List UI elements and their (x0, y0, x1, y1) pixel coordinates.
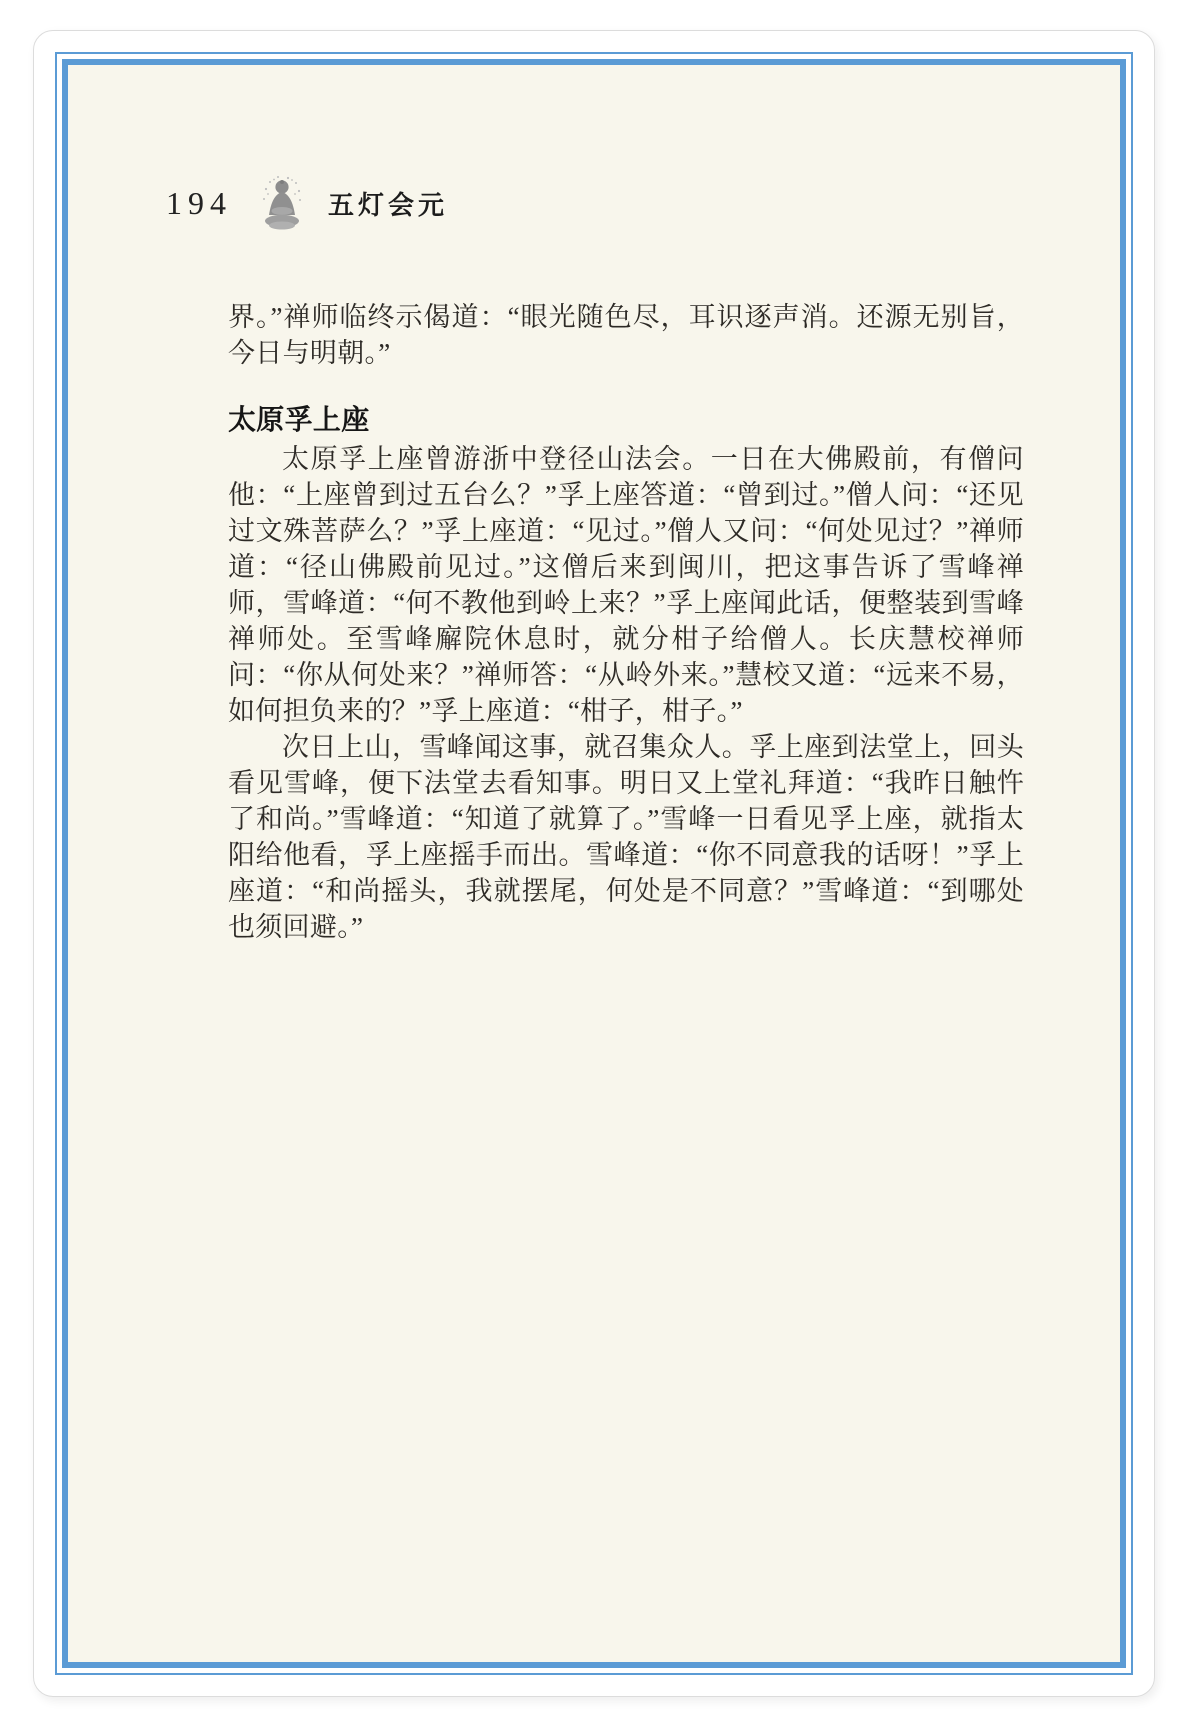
book-title: 五灯会元 (328, 185, 448, 222)
page-number: 194 (166, 185, 232, 222)
inner-blue-frame: 194 (62, 59, 1126, 1668)
text-content: 界。”禅师临终示偈道：“眼光随色尽，耳识逐声消。还源无别旨，今日与明朝。” 太原… (228, 299, 1024, 945)
page-card: 194 (33, 30, 1155, 1697)
paragraph-2: 次日上山，雪峰闻这事，就召集众人。孚上座到法堂上，回头看见雪峰，便下法堂去看知事… (228, 729, 1024, 945)
page-body: 194 (68, 65, 1120, 1662)
page-header: 194 (166, 173, 448, 233)
outer-blue-frame: 194 (55, 52, 1133, 1675)
paragraph-1: 太原孚上座曾游浙中登径山法会。一日在大佛殿前，有僧问他：“上座曾到过五台么？”孚… (228, 441, 1024, 729)
continuation-paragraph: 界。”禅师临终示偈道：“眼光随色尽，耳识逐声消。还源无别旨，今日与明朝。” (228, 299, 1024, 371)
book-page: { "page": { "number": "194", "book_title… (0, 0, 1188, 1727)
buddha-icon (258, 173, 306, 233)
section-heading: 太原孚上座 (228, 401, 1024, 439)
